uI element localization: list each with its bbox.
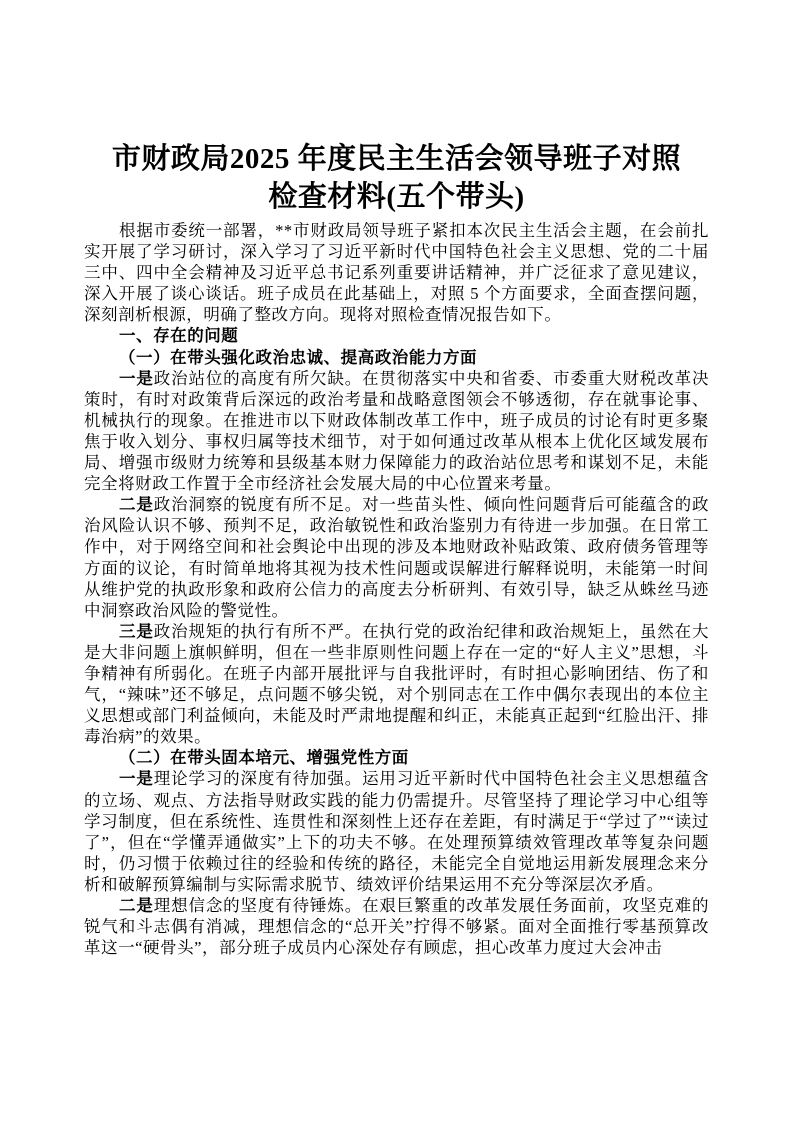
paragraph-text: 理论学习的深度有待加强。运用习近平新时代中国特色社会主义思想蕴含的立场、观点、方… [84, 769, 709, 893]
paragraph-lead: 二是 [119, 896, 154, 915]
paragraph-s1-3: 三是政治规矩的执行有所不严。在执行党的政治纪律和政治规矩上，虽然在大是大非问题上… [84, 621, 709, 748]
intro-paragraph: 根据市委统一部署，**市财政局领导班子紧扣本次民主生活会主题，在会前扎实开展了学… [84, 220, 709, 325]
paragraph-lead: 一是 [119, 769, 154, 788]
paragraph-text: 理想信念的坚度有待锤炼。在艰巨繁重的改革发展任务面前，攻坚克难的锐气和斗志偶有消… [84, 896, 709, 957]
paragraph-s1-2: 二是政治洞察的锐度有所不足。对一些苗头性、倾向性问题背后可能蕴含的政治风险认识不… [84, 494, 709, 621]
paragraph-s2-1: 一是理论学习的深度有待加强。运用习近平新时代中国特色社会主义思想蕴含的立场、观点… [84, 768, 709, 895]
paragraph-text: 政治洞察的锐度有所不足。对一些苗头性、倾向性问题背后可能蕴含的政治风险认识不够、… [84, 495, 709, 619]
paragraph-lead: 二是 [119, 495, 154, 514]
heading-problems: 一、存在的问题 [84, 325, 709, 346]
paragraph-s1-1: 一是政治站位的高度有所欠缺。在贯彻落实中央和省委、市委重大财税改革决策时，有时对… [84, 368, 709, 495]
subsection-heading-1: （一）在带头强化政治忠诚、提高政治能力方面 [84, 347, 709, 368]
document-page: 市财政局2025 年度民主生活会领导班子对照检查材料(五个带头) 根据市委统一部… [0, 0, 793, 1121]
paragraph-text: 政治规矩的执行有所不严。在执行党的政治纪律和政治规矩上，虽然在大是大非问题上旗帜… [84, 622, 709, 746]
subsection-heading-2: （二）在带头固本培元、增强党性方面 [84, 747, 709, 768]
paragraph-text: 政治站位的高度有所欠缺。在贯彻落实中央和省委、市委重大财税改革决策时，有时对政策… [84, 369, 709, 493]
paragraph-lead: 三是 [119, 622, 154, 641]
paragraph-s2-2: 二是理想信念的坚度有待锤炼。在艰巨繁重的改革发展任务面前，攻坚克难的锐气和斗志偶… [84, 895, 709, 958]
paragraph-lead: 一是 [119, 369, 154, 388]
document-title: 市财政局2025 年度民主生活会领导班子对照检查材料(五个带头) [103, 140, 691, 216]
